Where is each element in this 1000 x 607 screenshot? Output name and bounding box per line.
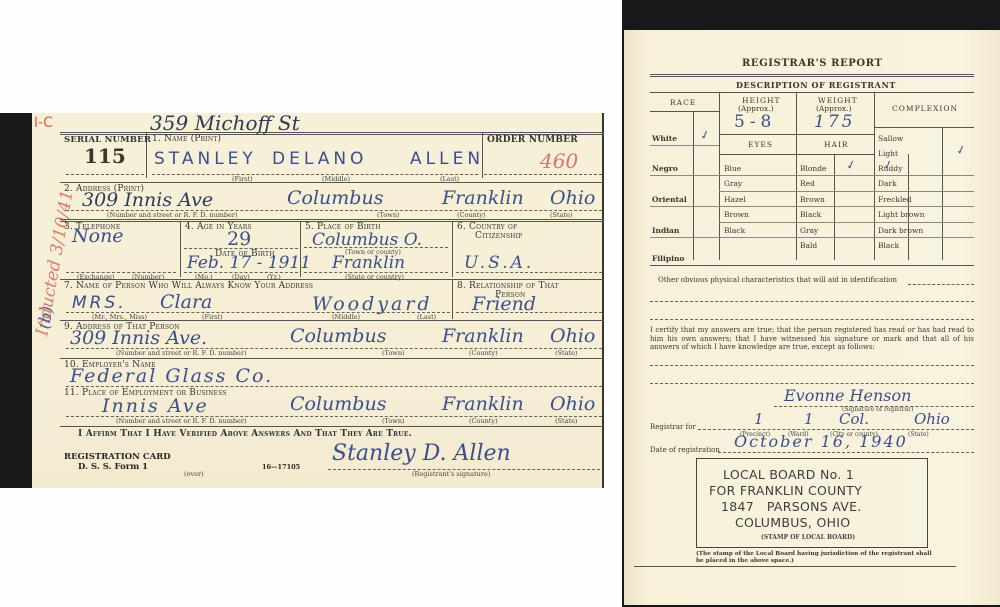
form-title-2: D. S. S. Form 1: [78, 462, 148, 472]
race-filipino: Filipino: [652, 254, 684, 263]
name-label: 1. Name (Print): [152, 134, 221, 144]
hair-gray: Gray: [800, 226, 818, 235]
hair-brown: Brown: [800, 195, 825, 204]
employment-town: Columbus: [290, 393, 386, 415]
other-characteristics: Other obvious physical characteristics t…: [658, 276, 897, 284]
birthplace-state: Franklin: [332, 253, 405, 273]
stamp-note: (The stamp of the Local Board having jur…: [696, 551, 936, 565]
form-code: 16—17105: [262, 463, 300, 471]
eyes-gray: Gray: [724, 179, 742, 188]
registration-date-value: October 16, 1940: [734, 432, 908, 451]
caption-county: (County): [457, 211, 486, 219]
serial-number-value: 115: [84, 144, 126, 168]
eyes-header: EYES: [748, 140, 773, 149]
hair-blonde: Blonde: [800, 164, 827, 173]
complexion-light: Light: [878, 149, 898, 158]
complexion-dark: Dark: [878, 179, 897, 188]
registrar-ward: 1: [804, 410, 814, 428]
registrar-city: Col.: [839, 410, 869, 428]
complexion-header: COMPLEXION: [892, 104, 958, 113]
contact-address-street: 309 Innis Ave.: [70, 327, 207, 349]
hair-bald: Bald: [800, 241, 817, 250]
registrar-report-title: REGISTRAR'S REPORT: [742, 58, 883, 69]
contact-address-town: Columbus: [290, 325, 386, 347]
eyes-blue: Blue: [724, 164, 741, 173]
registration-date-label: Date of registration: [650, 446, 720, 454]
hair-header: HAIR: [824, 140, 849, 149]
race-header: RACE: [670, 98, 696, 107]
eyes-check-icon: ✓: [844, 157, 857, 173]
registration-card-back: REGISTRAR'S REPORT DESCRIPTION OF REGIST…: [624, 30, 1000, 605]
affirmation-text: I Affirm That I Have Verified Above Answ…: [78, 429, 412, 439]
contact-address-county: Franklin: [442, 325, 524, 347]
registrar-precinct: 1: [754, 410, 764, 428]
registrar-for-label: Registrar for: [650, 423, 696, 431]
stamp-line-1: LOCAL BOARD No. 1: [723, 467, 854, 482]
citizenship-label-2: Citizenship: [475, 231, 522, 241]
contact-first: Clara: [160, 291, 212, 313]
race-check-icon: ✓: [698, 127, 711, 143]
complexion-check-icon: ✓: [954, 142, 967, 158]
local-board-stamp: LOCAL BOARD No. 1 FOR FRANKLIN COUNTY 18…: [696, 458, 928, 548]
complexion-dark-brown: Dark brown: [878, 226, 923, 235]
race-indian: Indian: [652, 226, 679, 235]
address-street: 309 Innis Ave: [82, 189, 213, 211]
caption-registrar-state: (State): [908, 431, 929, 438]
registrar-signature: Evonne Henson: [784, 386, 911, 405]
stamp-line-4: COLUMBUS, OHIO: [735, 515, 850, 530]
order-number-value: 460: [540, 149, 578, 173]
employer-value: Federal Glass Co.: [70, 365, 273, 387]
caption-state: (State): [550, 211, 572, 219]
stamp-line-2: FOR FRANKLIN COUNTY: [709, 483, 862, 498]
race-negro: Negro: [652, 164, 678, 173]
height-value: 5-8: [734, 112, 776, 132]
form-title-1: REGISTRATION CARD: [64, 452, 171, 462]
name-last: ALLEN: [410, 149, 484, 169]
employment-county: Franklin: [442, 393, 524, 415]
caption-town: (Town): [377, 211, 400, 219]
contact-person-label: 7. Name of Person Who Will Always Know Y…: [64, 281, 313, 291]
eyes-brown: Brown: [724, 210, 749, 219]
caption-contact-town: (Town): [382, 349, 405, 357]
contact-address-state: Ohio: [550, 325, 595, 347]
stamp-caption: (STAMP OF LOCAL BOARD): [761, 534, 855, 541]
annotation-b: (b): [34, 305, 57, 331]
complexion-black: Black: [878, 241, 899, 250]
stamp-line-3: 1847 PARSONS AVE.: [721, 499, 862, 514]
caption-emp-street: (Number and street or R. F. D. number): [116, 417, 247, 425]
description-title: DESCRIPTION OF REGISTRANT: [736, 80, 896, 90]
complexion-light-brown: Light brown: [878, 210, 925, 219]
complexion-freckled: Freckled: [878, 195, 912, 204]
citizenship-value: U.S.A.: [464, 253, 534, 273]
employment-street: Innis Ave: [102, 395, 209, 417]
front-card-backdrop: [0, 113, 32, 488]
signature-caption: (Registrant's signature): [412, 470, 490, 478]
annotation-classification: I-C: [34, 115, 53, 131]
dob-value: Feb. 17 - 1911: [187, 253, 311, 273]
registrar-state: Ohio: [914, 410, 950, 428]
caption-contact-state: (State): [555, 349, 577, 357]
hair-red: Red: [800, 179, 815, 188]
employment-state: Ohio: [550, 393, 595, 415]
name-first: STANLEY: [154, 149, 257, 169]
address-state: Ohio: [550, 187, 595, 209]
order-number-label: ORDER NUMBER: [487, 135, 578, 145]
race-oriental: Oriental: [652, 195, 687, 204]
complexion-ruddy: Ruddy: [878, 164, 902, 173]
caption-contact-county: (County): [469, 349, 498, 357]
caption-emp-county: (County): [469, 417, 498, 425]
caption-emp-state: (State): [555, 417, 577, 425]
age-value: 29: [227, 228, 251, 250]
registration-card-front: I-C Inducted 3/10/41 (b) 359 Michoff St …: [32, 113, 604, 488]
registrant-signature: Stanley D. Allen: [332, 441, 511, 466]
eyes-black: Black: [724, 226, 745, 235]
weight-value: 175: [814, 112, 855, 132]
telephone-value: None: [72, 225, 124, 247]
race-white: White: [652, 134, 677, 143]
caption-emp-town: (Town): [382, 417, 405, 425]
over-note: (over): [184, 470, 204, 478]
caption-street: (Number and street or R. F. D. number): [107, 211, 238, 219]
complexion-sallow: Sallow: [878, 134, 903, 143]
eyes-hazel: Hazel: [724, 195, 746, 204]
hair-black: Black: [800, 210, 821, 219]
certification-text: I certify that my answers are true; that…: [650, 326, 974, 352]
caption-contact-street: (Number and street or R. F. D. number): [116, 349, 247, 357]
name-middle: DELANO: [272, 149, 367, 169]
address-town: Columbus: [287, 187, 383, 209]
address-county: Franklin: [442, 187, 524, 209]
contact-title: MRS.: [72, 293, 127, 313]
